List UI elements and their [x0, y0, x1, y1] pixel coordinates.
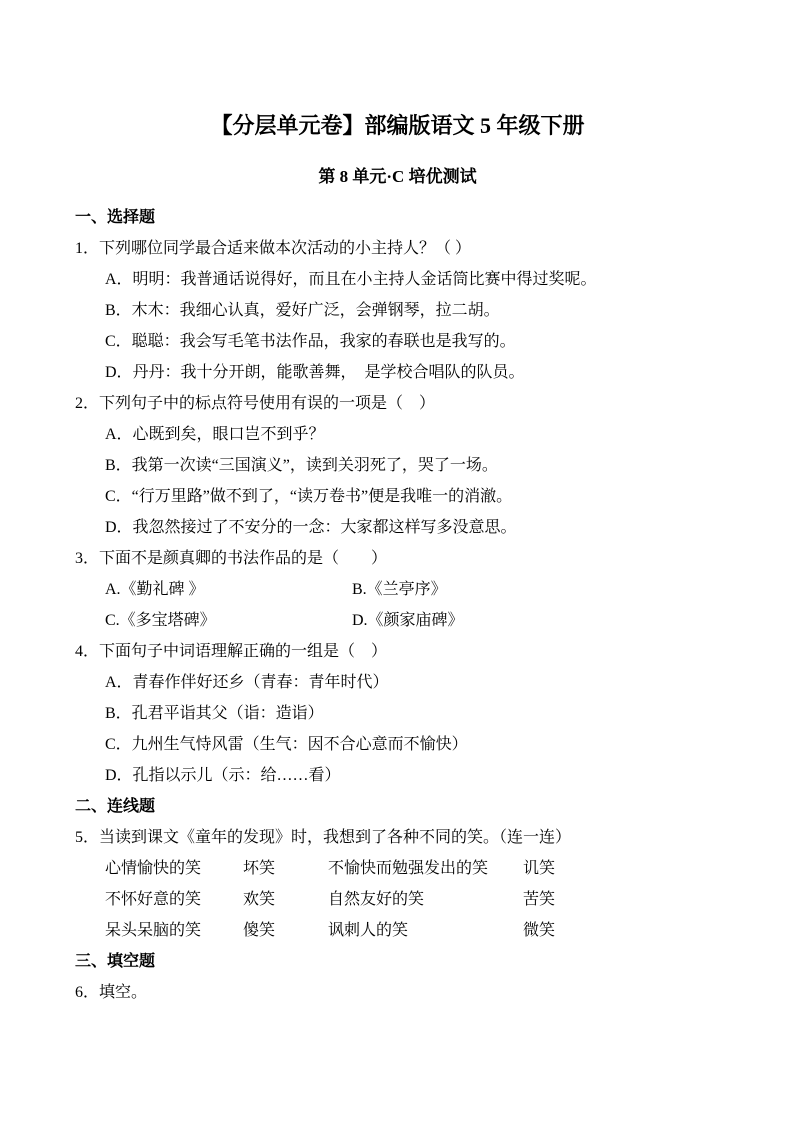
question-3-option-b: B.《兰亭序》 — [352, 574, 447, 605]
match-mid-1: 坏笑 — [243, 853, 328, 884]
match-left2-1: 不愉快而勉强发出的笑 — [328, 853, 523, 884]
match-right-3: 微笑 — [523, 915, 720, 946]
document-subtitle: 第 8 单元·C 培优测试 — [75, 164, 720, 190]
question-1-option-b: B．木木：我细心认真，爱好广泛，会弹钢琴，拉二胡。 — [75, 295, 720, 326]
match-right-1: 讥笑 — [523, 853, 720, 884]
match-left-1: 心情愉快的笑 — [105, 853, 243, 884]
question-3-options-row-2: C.《多宝塔碑》 D.《颜家庙碑》 — [75, 605, 720, 636]
question-1-option-c: C．聪聪：我会写毛笔书法作品，我家的春联也是我写的。 — [75, 326, 720, 357]
document-page: 【分层单元卷】部编版语文 5 年级下册 第 8 单元·C 培优测试 一、选择题 … — [0, 0, 794, 1123]
section-heading-fill: 三、填空题 — [75, 946, 720, 977]
section-heading-matching: 二、连线题 — [75, 791, 720, 822]
question-4-option-b: B．孔君平诣其父（诣：造诣） — [75, 698, 720, 729]
match-mid-2: 欢笑 — [243, 884, 328, 915]
question-3-stem: 3．下面不是颜真卿的书法作品的是（ ） — [75, 543, 720, 574]
question-2-option-d: D．我忽然接过了不安分的一念：大家都这样写多没意思。 — [75, 512, 720, 543]
question-5-stem: 5．当读到课文《童年的发现》时，我想到了各种不同的笑。（连一连） — [75, 822, 720, 853]
question-6-stem: 6．填空。 — [75, 977, 720, 1008]
question-3-option-c: C.《多宝塔碑》 — [105, 605, 352, 636]
match-left2-3: 讽刺人的笑 — [328, 915, 523, 946]
question-1-stem: 1．下列哪位同学最合适来做本次活动的小主持人？（ ） — [75, 233, 720, 264]
match-right-2: 苦笑 — [523, 884, 720, 915]
section-heading-choice: 一、选择题 — [75, 202, 720, 233]
question-5-match-row-3: 呆头呆脑的笑 傻笑 讽刺人的笑 微笑 — [75, 915, 720, 946]
question-4-option-a: A．青春作伴好还乡（青春：青年时代） — [75, 667, 720, 698]
match-left-2: 不怀好意的笑 — [105, 884, 243, 915]
question-1-option-d: D．丹丹：我十分开朗，能歌善舞， 是学校合唱队的队员。 — [75, 357, 720, 388]
question-2-option-c: C．“行万里路”做不到了，“读万卷书”便是我唯一的消澈。 — [75, 481, 720, 512]
question-5-match-row-2: 不怀好意的笑 欢笑 自然友好的笑 苦笑 — [75, 884, 720, 915]
question-3-option-d: D.《颜家庙碑》 — [352, 605, 464, 636]
question-4-option-c: C．九州生气恃风雷（生气：因不合心意而不愉快） — [75, 729, 720, 760]
question-1-option-a: A．明明：我普通话说得好，而且在小主持人金话筒比赛中得过奖呢。 — [75, 264, 720, 295]
question-3-options-row-1: A.《勤礼碑 》 B.《兰亭序》 — [75, 574, 720, 605]
question-3-option-a: A.《勤礼碑 》 — [105, 574, 352, 605]
document-title: 【分层单元卷】部编版语文 5 年级下册 — [75, 110, 720, 142]
question-4-stem: 4．下面句子中词语理解正确的一组是（ ） — [75, 636, 720, 667]
document-body: 一、选择题 1．下列哪位同学最合适来做本次活动的小主持人？（ ） A．明明：我普… — [75, 202, 720, 1008]
match-left2-2: 自然友好的笑 — [328, 884, 523, 915]
question-2-option-b: B．我第一次读“三国演义”，读到关羽死了，哭了一场。 — [75, 450, 720, 481]
match-mid-3: 傻笑 — [243, 915, 328, 946]
question-2-stem: 2．下列句子中的标点符号使用有误的一项是（ ） — [75, 388, 720, 419]
match-left-3: 呆头呆脑的笑 — [105, 915, 243, 946]
question-2-option-a: A．心既到矣，眼口岂不到乎？ — [75, 419, 720, 450]
question-4-option-d: D．孔指以示儿（示：给……看） — [75, 760, 720, 791]
question-5-match-row-1: 心情愉快的笑 坏笑 不愉快而勉强发出的笑 讥笑 — [75, 853, 720, 884]
